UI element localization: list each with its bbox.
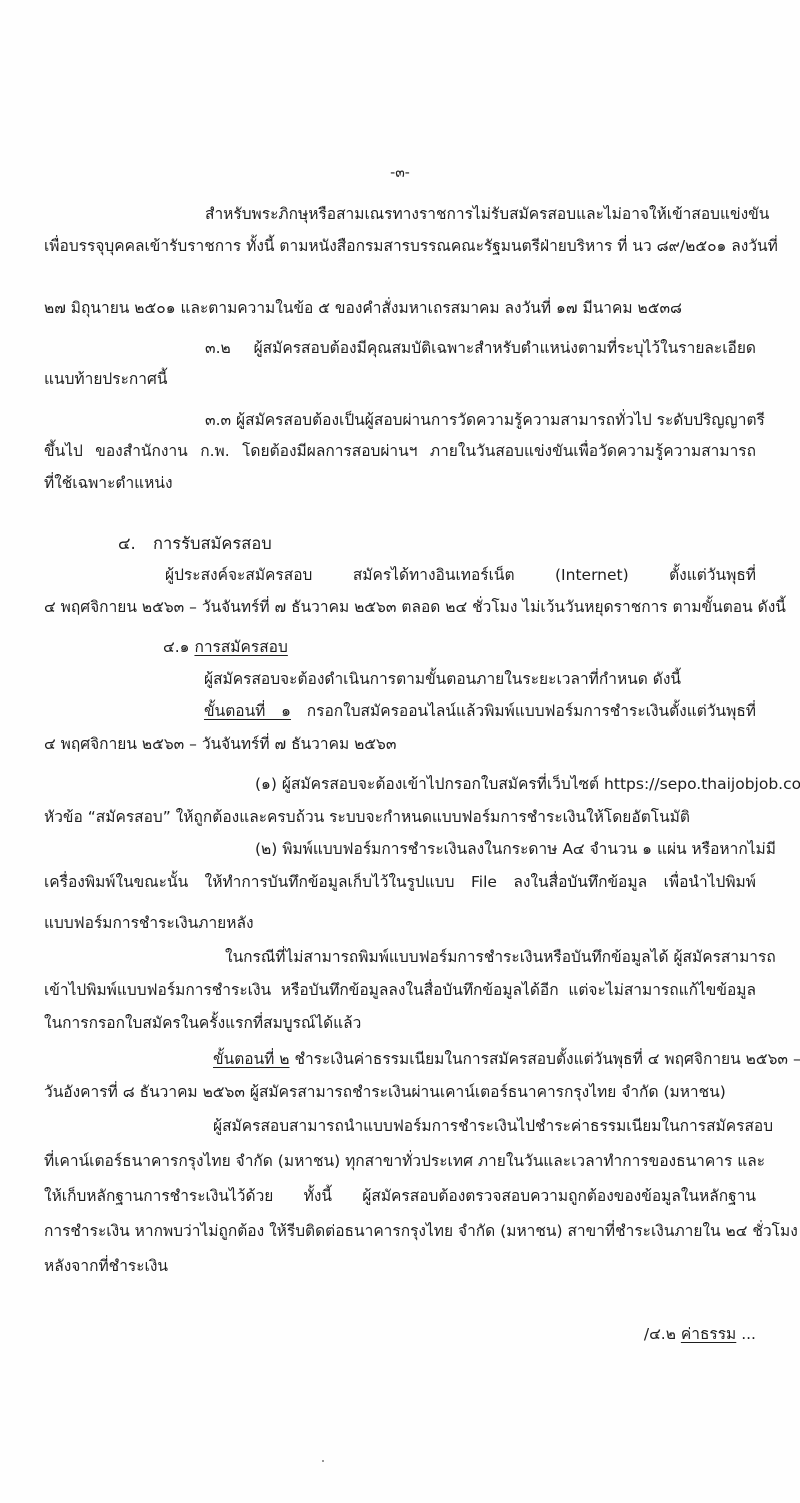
case-paragraph: ในกรณีที่ไม่สามารถพิมพ์แบบฟอร์มการชำระเง…	[225, 946, 756, 968]
paragraph-line: เครื่องพิมพ์ในขณะนั้น ให้ทำการบันทึกข้อม…	[44, 871, 756, 893]
continuation-note: /๔.๒ ค่าธรรม ...	[644, 1323, 756, 1345]
paragraph-line: ๒๗ มิถุนายน ๒๕๐๑ และตามความในข้อ ๕ ของคำ…	[44, 297, 682, 319]
paragraph-line: หลังจากที่ชำระเงิน	[44, 1255, 168, 1277]
section-number: ๔.	[118, 534, 136, 553]
step-1-label: ขั้นตอนที่ ๑	[204, 702, 291, 720]
section-title: การรับสมัครสอบ	[153, 534, 272, 553]
paragraph-line: การชำระเงิน หากพบว่าไม่ถูกต้อง ให้รีบติด…	[44, 1220, 756, 1242]
step-2: ขั้นตอนที่ ๒ ชำระเงินค่าธรรมเนียมในการสม…	[213, 1048, 756, 1070]
paragraph-line: วันอังคารที่ ๘ ธันวาคม ๒๕๖๓ ผู้สมัครสามา…	[44, 1081, 726, 1103]
section-4-heading: ๔. การรับสมัครสอบ	[118, 533, 272, 555]
paragraph-line: แนบท้ายประกาศนี้	[44, 368, 167, 390]
continuation-label: ค่าธรรม	[681, 1325, 736, 1343]
paragraph-line: เข้าไปพิมพ์แบบฟอร์มการชำระเงิน หรือบันทึ…	[44, 979, 756, 1001]
continuation-suffix: ...	[736, 1325, 756, 1343]
page-number: -๓-	[0, 162, 800, 184]
payment-paragraph: ผู้สมัครสอบสามารถนำแบบฟอร์มการชำระเงินไป…	[213, 1115, 756, 1137]
paragraph-line: ที่ใช้เฉพาะตำแหน่ง	[44, 472, 173, 494]
item-1: (๑) ผู้สมัครสอบจะต้องเข้าไปกรอกใบสมัครที…	[255, 773, 756, 795]
section-4-intro: ผู้ประสงค์จะสมัครสอบ สมัครได้ทางอินเทอร์…	[165, 564, 756, 586]
paragraph-line: สำหรับพระภิกษุหรือสามเณรทางราชการไม่รับส…	[205, 203, 756, 225]
paragraph-line: แบบฟอร์มการชำระเงินภายหลัง	[44, 912, 254, 934]
subsection-intro: ผู้สมัครสอบจะต้องดำเนินการตามขั้นตอนภายใ…	[204, 668, 681, 690]
paragraph-line: ๔ พฤศจิกายน ๒๕๖๓ – วันจันทร์ที่ ๗ ธันวาค…	[44, 596, 756, 618]
paragraph-line: ในการกรอกใบสมัครในครั้งแรกที่สมบูรณ์ได้แ…	[44, 1012, 361, 1034]
step-1-text: กรอกใบสมัครออนไลน์แล้วพิมพ์แบบฟอร์มการชำ…	[291, 702, 756, 720]
paragraph-line: เพื่อบรรจุบุคคลเข้ารับราชการ ทั้งนี้ ตาม…	[44, 235, 756, 257]
subsection-number: ๔.๑	[163, 638, 190, 656]
subsection-title: การสมัครสอบ	[194, 638, 287, 656]
paragraph-line: หัวข้อ “สมัครสอบ” ให้ถูกต้องและครบถ้วน ร…	[44, 806, 690, 828]
document-page: -๓- สำหรับพระภิกษุหรือสามเณรทางราชการไม่…	[0, 0, 800, 1503]
subsection-4-1-heading: ๔.๑ การสมัครสอบ	[163, 636, 288, 658]
continuation-prefix: /๔.๒	[644, 1325, 681, 1343]
paragraph-line: ๔ พฤศจิกายน ๒๕๖๓ – วันจันทร์ที่ ๗ ธันวาค…	[44, 733, 396, 755]
paragraph-line: ขึ้นไป ของสำนักงาน ก.พ. โดยต้องมีผลการสอ…	[44, 440, 756, 462]
step-1: ขั้นตอนที่ ๑ กรอกใบสมัครออนไลน์แล้วพิมพ์…	[204, 700, 756, 722]
step-2-label: ขั้นตอนที่ ๒	[213, 1050, 290, 1068]
item-2: (๒) พิมพ์แบบฟอร์มการชำระเงินลงในกระดาษ A…	[255, 838, 756, 860]
paragraph-line: ให้เก็บหลักฐานการชำระเงินไว้ด้วย ทั้งนี้…	[44, 1185, 756, 1207]
step-2-text: ชำระเงินค่าธรรมเนียมในการสมัครสอบตั้งแต่…	[290, 1050, 800, 1068]
paragraph-line: ที่เคาน์เตอร์ธนาคารกรุงไทย จำกัด (มหาชน)…	[44, 1150, 756, 1172]
clause-3-3: ๓.๓ ผู้สมัครสอบต้องเป็นผู้สอบผ่านการวัดค…	[205, 409, 756, 431]
scan-speck	[322, 1460, 324, 1462]
clause-3-2: ๓.๒ ผู้สมัครสอบต้องมีคุณสมบัติเฉพาะสำหรั…	[205, 337, 756, 359]
